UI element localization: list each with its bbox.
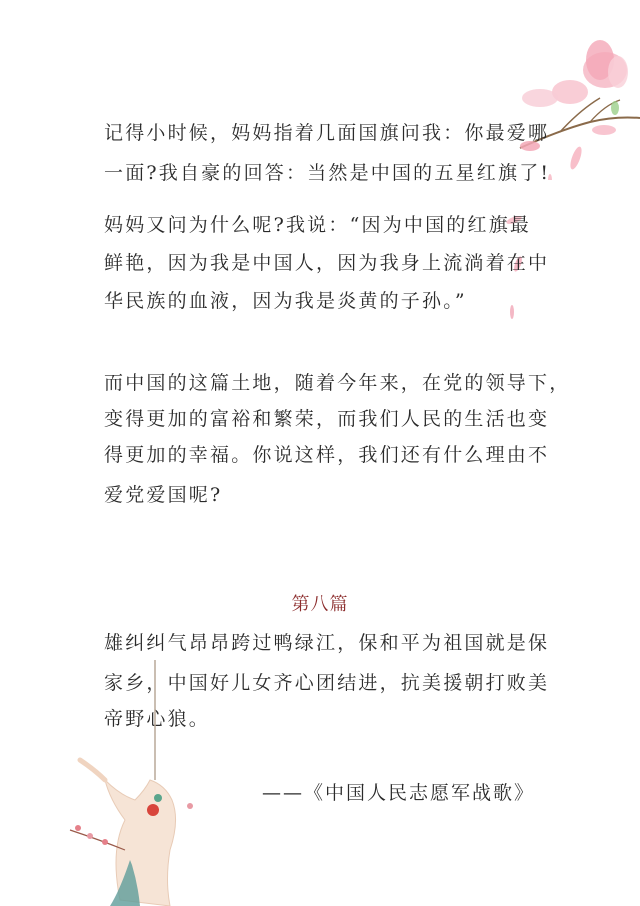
text-line: 雄纠纠气昂昂跨过鸭绿江，保和平为祖国就是保 [104, 628, 549, 655]
text-line: 得更加的幸福。你说这样，我们还有什么理由不 [104, 440, 549, 467]
text-line: 妈妈又问为什么呢?我说：“因为中国的红旗最 [104, 210, 531, 237]
song-citation: ——《中国人民志愿军战歌》 [262, 778, 535, 805]
text-line: 爱党爱国呢? [104, 480, 222, 507]
chapter-title: 第八篇 [0, 590, 640, 616]
hand-hairpin-icon [50, 660, 250, 906]
text-line: 变得更加的富裕和繁荣，而我们人民的生活也变 [104, 404, 549, 431]
text-line: 记得小时候，妈妈指着几面国旗问我：你最爱哪 [104, 118, 549, 145]
text-line: 华民族的血液，因为我是炎黄的子孙。” [104, 286, 467, 313]
text-line: 一面?我自豪的回答：当然是中国的五星红旗了! [104, 158, 550, 185]
text-line: 而中国的这篇土地，随着今年来，在党的领导下， [104, 368, 570, 395]
text-line: 鲜艳，因为我是中国人，因为我身上流淌着在中 [104, 248, 549, 275]
